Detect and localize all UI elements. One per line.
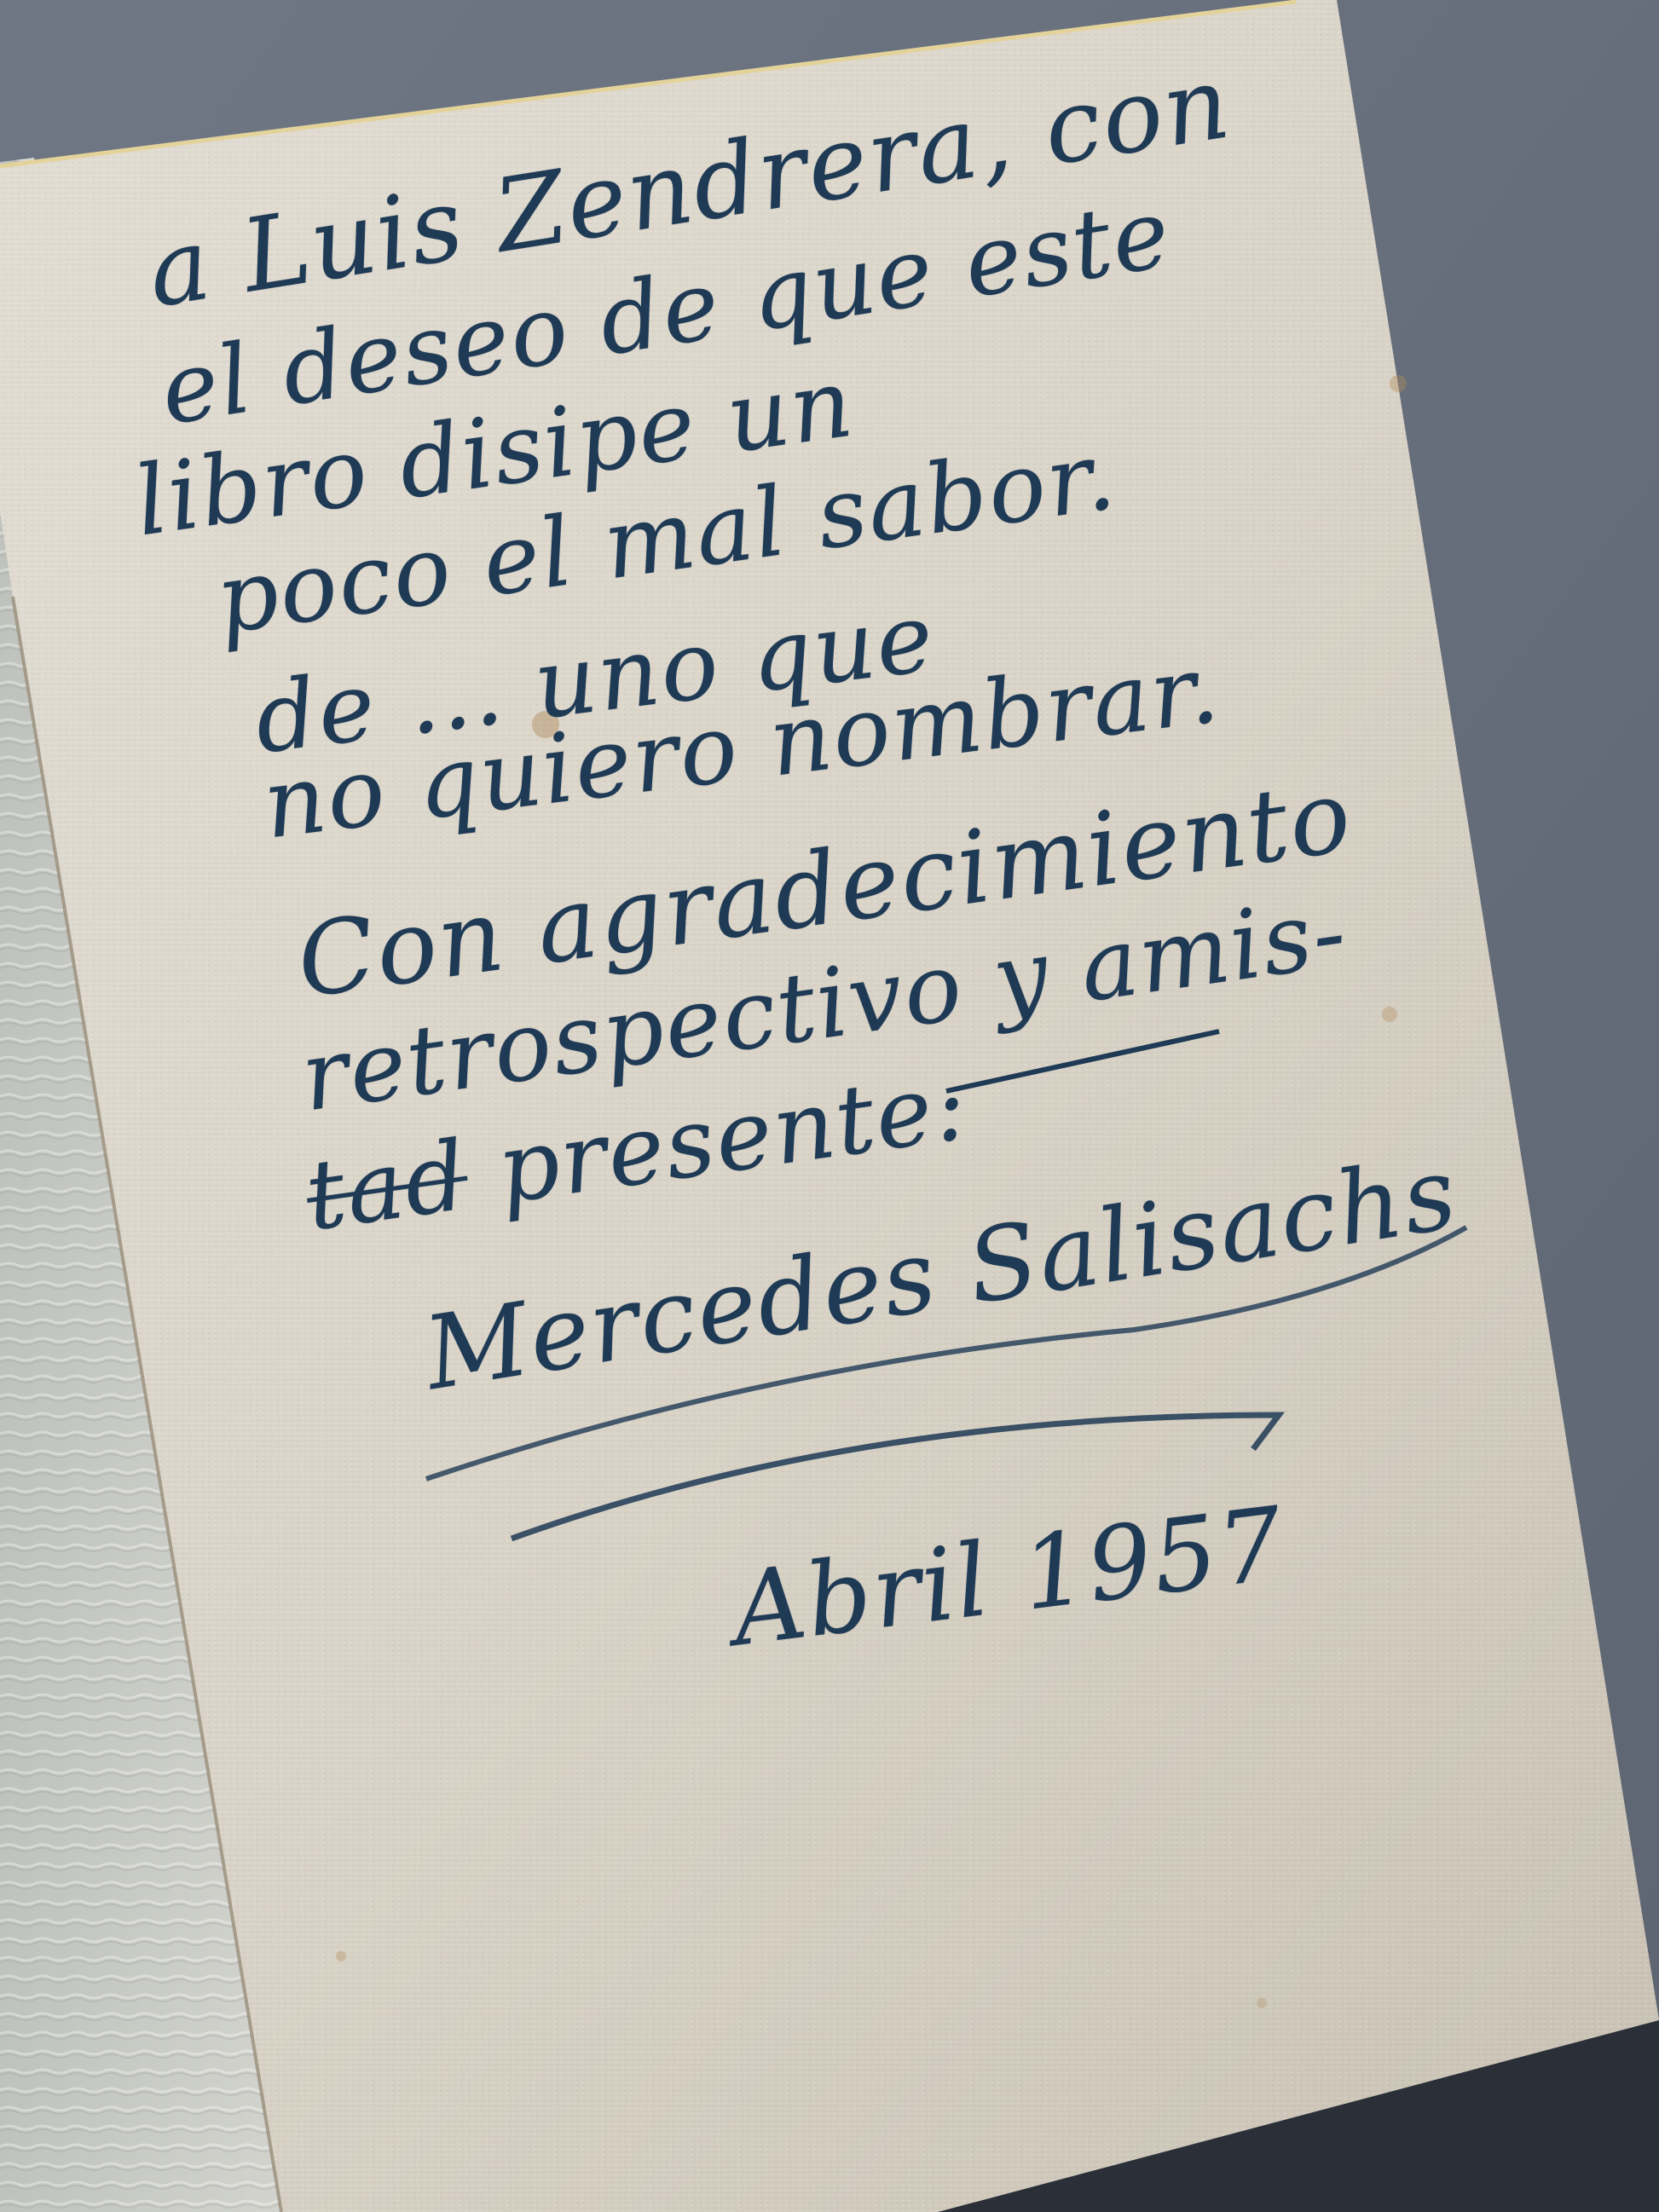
crossed-out-word: tad bbox=[299, 1120, 475, 1252]
photo-scene: a Luis Zendrera, con el deseo de que est… bbox=[0, 0, 1659, 2212]
